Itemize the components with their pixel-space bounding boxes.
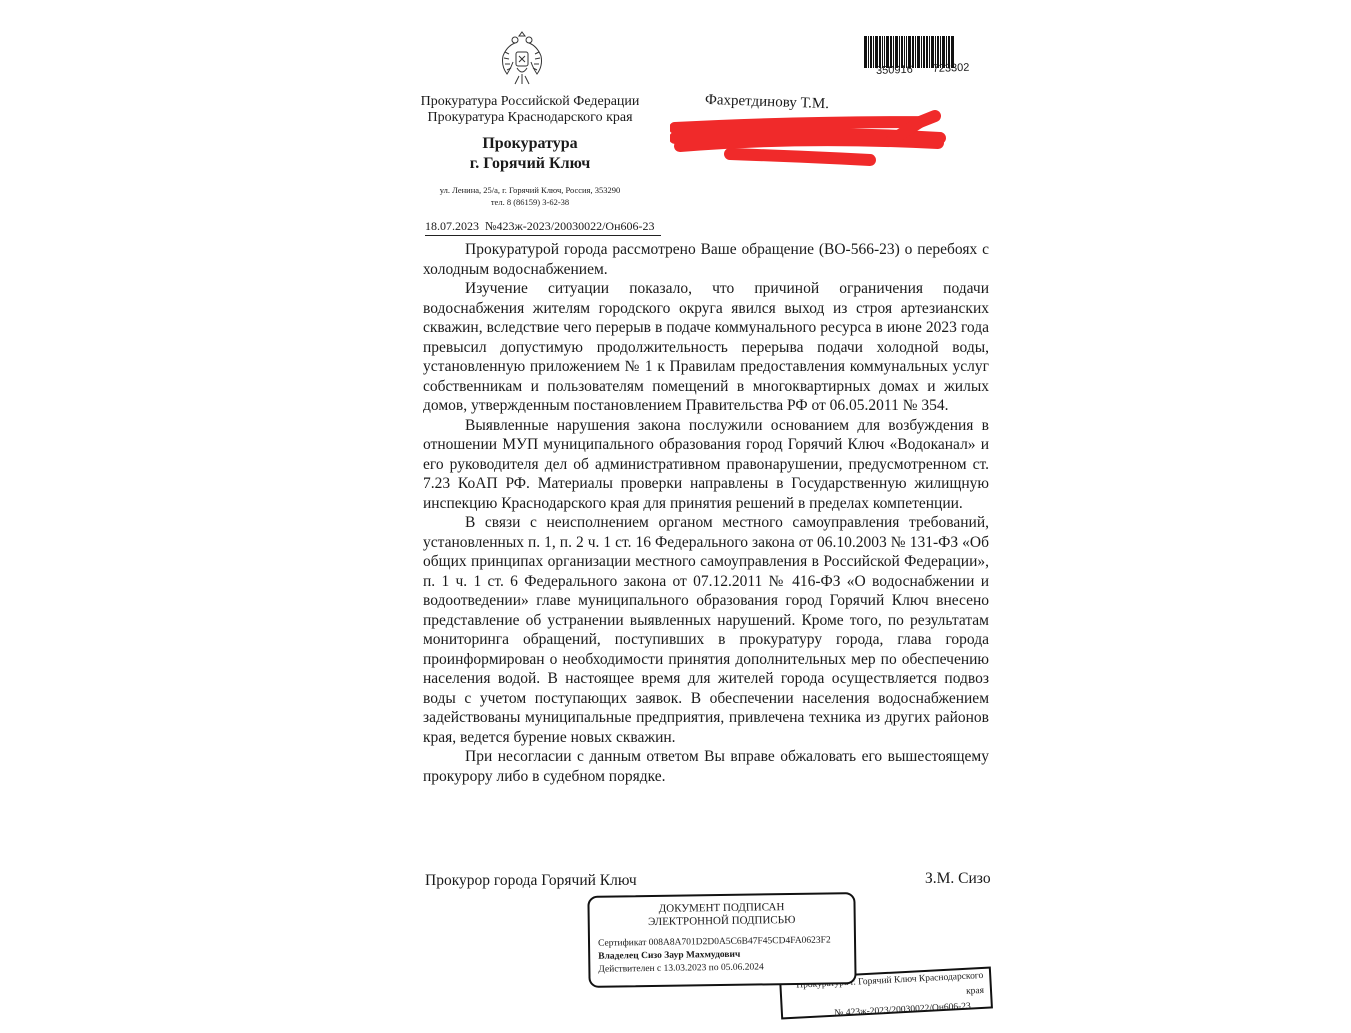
org-title-2: г. Горячий Ключ bbox=[415, 154, 645, 174]
signatory-position: Прокурор города Горячий Ключ bbox=[425, 872, 637, 890]
esig-validity: Действителен с 13.03.2023 по 05.06.2024 bbox=[590, 960, 854, 977]
letter-number: №423ж-2023/20030022/Он606-23 bbox=[485, 219, 655, 233]
barcode-numbers: 350916723302 bbox=[876, 61, 990, 77]
russian-coat-of-arms-icon bbox=[497, 28, 547, 90]
org-line-1: Прокуратура Российской Федерации bbox=[415, 94, 645, 110]
document-page: Прокуратура Российской Федерации Прокура… bbox=[0, 0, 1351, 1033]
barcode-number-left: 350916 bbox=[876, 64, 913, 77]
redaction-scribble bbox=[670, 108, 960, 168]
letter-body: Прокуратурой города рассмотрено Ваше обр… bbox=[423, 240, 989, 786]
barcode-number-right: 723302 bbox=[933, 62, 970, 75]
paragraph-4: В связи с неисполнением органом местного… bbox=[423, 513, 989, 747]
paragraph-3: Выявленные нарушения закона послужили ос… bbox=[423, 416, 989, 514]
electronic-signature-stamp: ДОКУМЕНТ ПОДПИСАН ЭЛЕКТРОННОЙ ПОДПИСЬЮ С… bbox=[587, 892, 856, 988]
sender-header: Прокуратура Российской Федерации Прокура… bbox=[415, 94, 645, 208]
org-phone: тел. 8 (86159) 3-62-38 bbox=[415, 196, 645, 208]
esig-title-2: ЭЛЕКТРОННОЙ ПОДПИСЬЮ bbox=[590, 913, 854, 930]
org-line-2: Прокуратура Краснодарского края bbox=[415, 110, 645, 126]
letter-date: 18.07.2023 bbox=[425, 219, 479, 233]
paragraph-1: Прокуратурой города рассмотрено Ваше обр… bbox=[423, 240, 989, 279]
org-title-1: Прокуратура bbox=[415, 134, 645, 154]
outgoing-registration: 18.07.2023№423ж-2023/20030022/Он606-23 bbox=[425, 219, 661, 236]
org-address: ул. Ленина, 25/а, г. Горячий Ключ, Росси… bbox=[415, 184, 645, 196]
signatory-name: З.М. Сизо bbox=[925, 870, 991, 888]
paragraph-2: Изучение ситуации показало, что причиной… bbox=[423, 279, 989, 416]
paragraph-5: При несогласии с данным ответом Вы вправ… bbox=[423, 747, 989, 786]
